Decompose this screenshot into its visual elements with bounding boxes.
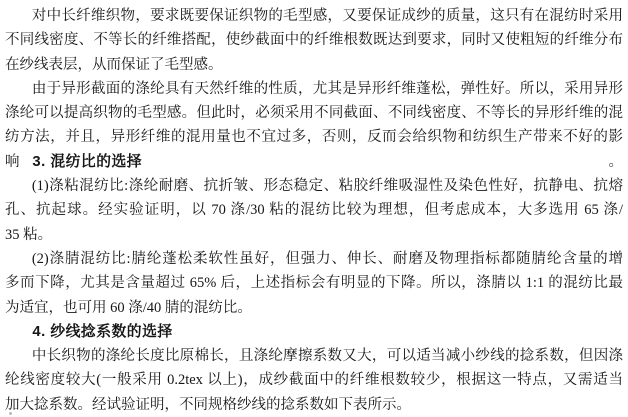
document-page: 对中长纤维织物，要求既要保证织物的毛型感，又要保证成纱的质量，这只有在混纺时采用… — [0, 0, 628, 417]
text-line: 加大捻系数。经试验证明，不同规格纱线的捻系数如下表所示。 — [5, 393, 623, 417]
section-heading-twist-factor: 4. 纱线捻系数的选择 — [5, 320, 623, 344]
text-line: 在纱线表层，从而保证了毛型感。 — [5, 53, 623, 77]
text-line: 35 粘。 — [5, 223, 623, 247]
text-line: 孔、抗起球。经实验证明，以 70 涤/30 粘的混纺比较为理想，但考虑成本，大多… — [5, 198, 623, 222]
text-line: 纶线密度较大(一般采用 0.2tex 以上)，成纱截面中的纤维根数较少，根据这一… — [5, 368, 623, 392]
scan-artifact-dot — [9, 412, 12, 415]
text-line: (2)涤腈混纺比:腈纶蓬松柔软性虽好，但强力、伸长、耐磨及物理指标都随腈纶含量的… — [5, 247, 623, 271]
text-line: 涤纶可以提高织物的毛型感。但此时，必须采用不同截面、不同线密度、不等长的异形纤维… — [5, 101, 623, 125]
text-line: 由于异形截面的涤纶具有天然纤维的性质，尤其是异形纤维蓬松，弹性好。所以，采用异形 — [5, 77, 623, 101]
text-line: 为适宜，也可用 60 涤/40 腈的混纺比。 — [5, 296, 623, 320]
text-line: 中长织物的涤纶长度比原棉长，且涤纶摩擦系数又大，可以适当减小纱线的捻系数，但因涤 — [5, 344, 623, 368]
text-line: (1)涤粘混纺比:涤纶耐磨、抗折皱、形态稳定、粘胶纤维吸湿性及染色性好，抗静电、… — [5, 174, 623, 198]
text-line: 对中长纤维织物，要求既要保证织物的毛型感，又要保证成纱的质量，这只有在混纺时采用 — [5, 4, 623, 28]
text-line: 不同线密度、不等长的纤维搭配，使纱截面中的纤维根数既达到要求，同时又使粗短的纤维… — [5, 28, 623, 52]
text-line: 多而下降，尤其是含量超过 65% 后，上述指标会有明显的下降。所以，涤腈以 1:… — [5, 271, 623, 295]
text-line: 纺方法，并且，异形纤维的混用量也不宜过多，否则，反而会给织物和纺织生产带来不好的… — [5, 125, 623, 149]
